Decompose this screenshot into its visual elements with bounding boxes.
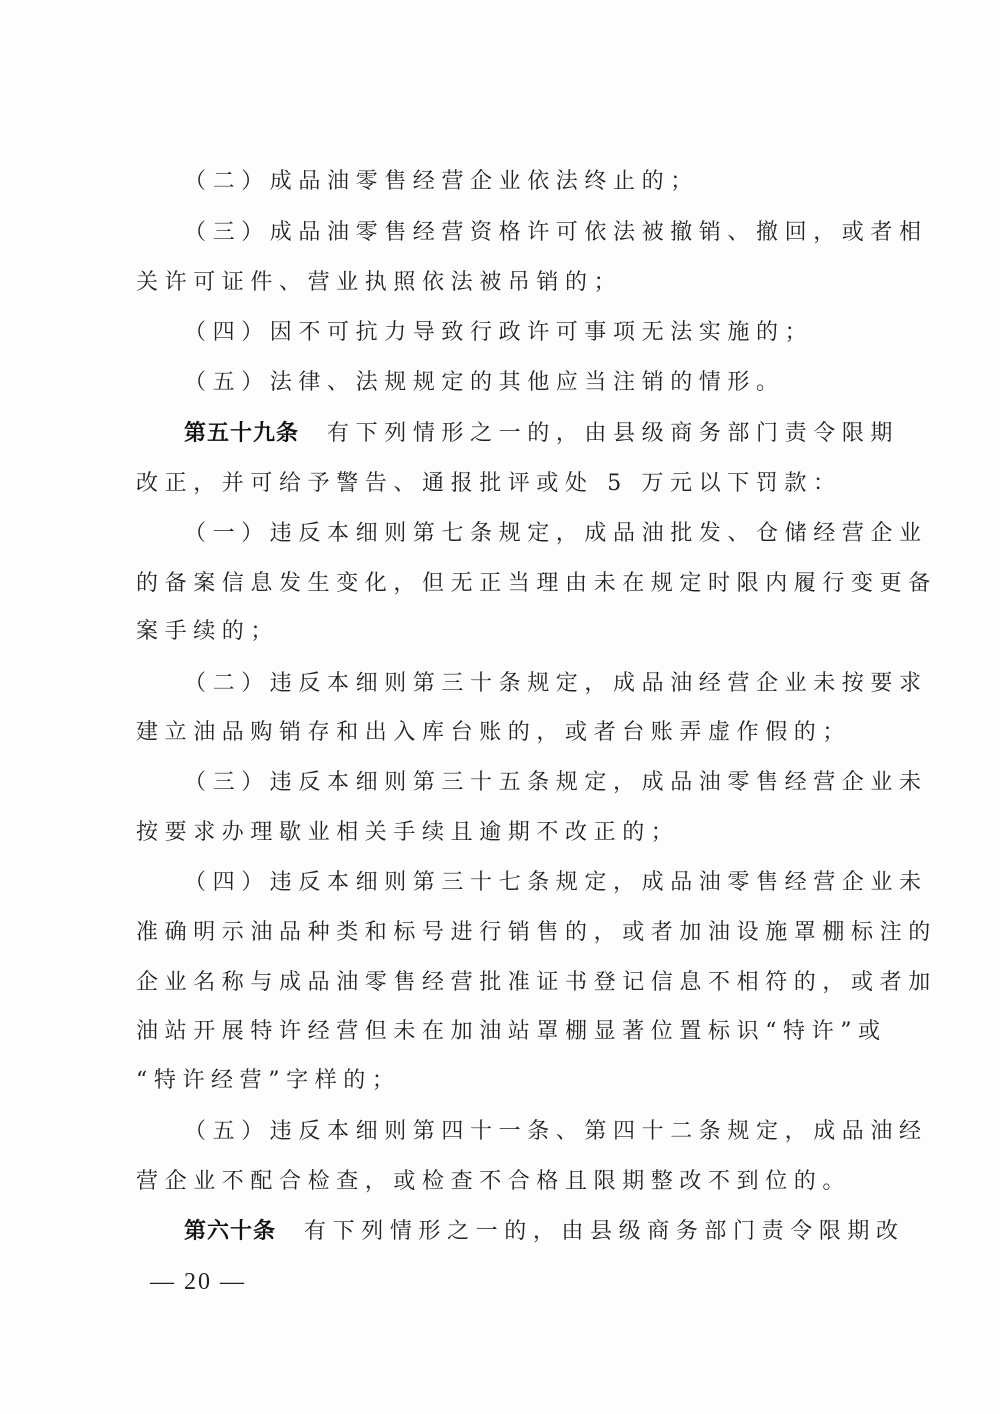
page-number: — 20 — xyxy=(150,1262,246,1302)
paragraph-line: 企业名称与成品油零售经营批准证书登记信息不相符的，或者加 xyxy=(136,963,872,1003)
item-text: 油站开展特许经营但未在加油站罩棚显著位置标识“特许”或 xyxy=(136,1019,887,1044)
item-text: 准确明示油品种类和标号进行销售的，或者加油设施罩棚标注的 xyxy=(136,920,937,945)
paragraph-line: （二）违反本细则第三十条规定，成品油经营企业未按要求 xyxy=(184,664,920,704)
paragraph-line: 按要求办理歇业相关手续且逾期不改正的； xyxy=(136,813,872,853)
paragraph-line: 营企业不配合检查，或检查不合格且限期整改不到位的。 xyxy=(136,1162,872,1202)
paragraph-line: 改正，并可给予警告、通报批评或处 5 万元以下罚款： xyxy=(136,464,872,504)
paragraph-line: 准确明示油品种类和标号进行销售的，或者加油设施罩棚标注的 xyxy=(136,913,872,953)
paragraph-line: 油站开展特许经营但未在加油站罩棚显著位置标识“特许”或 xyxy=(136,1012,872,1052)
paragraph-line: （二）成品油零售经营企业依法终止的； xyxy=(184,162,920,202)
paragraph-line: （三）成品油零售经营资格许可依法被撤销、撤回，或者相 xyxy=(184,213,920,253)
article-text: 有下列情形之一的，由县级商务部门责令限期 xyxy=(327,421,899,446)
paragraph-line: 的备案信息发生变化，但无正当理由未在规定时限内履行变更备 xyxy=(136,564,872,604)
item-text: 企业名称与成品油零售经营批准证书登记信息不相符的，或者加 xyxy=(136,970,937,995)
item-text: （二）违反本细则第三十条规定，成品油经营企业未按要求 xyxy=(184,671,928,696)
paragraph-line: 建立油品购销存和出入库台账的，或者台账弄虚作假的； xyxy=(136,713,872,753)
item-text: 的备案信息发生变化，但无正当理由未在规定时限内履行变更备 xyxy=(136,571,937,596)
item-text: （三）违反本细则第三十五条规定，成品油零售经营企业未 xyxy=(184,770,928,795)
paragraph-line: （五）法律、法规规定的其他应当注销的情形。 xyxy=(184,363,920,403)
document-page: （二）成品油零售经营企业依法终止的； （三）成品油零售经营资格许可依法被撤销、撤… xyxy=(0,0,1000,1414)
article-heading: 第五十九条 xyxy=(184,421,299,446)
paragraph-line: （四）因不可抗力导致行政许可事项无法实施的； xyxy=(184,313,920,353)
article-text: 有下列情形之一的，由县级商务部门责令限期改 xyxy=(304,1219,905,1244)
paragraph-line: （四）违反本细则第三十七条规定，成品油零售经营企业未 xyxy=(184,863,920,903)
item-text: 建立油品购销存和出入库台账的，或者台账弄虚作假的； xyxy=(136,720,851,745)
item-text: （五）法律、法规规定的其他应当注销的情形。 xyxy=(184,370,785,395)
paragraph-line: （五）违反本细则第四十一条、第四十二条规定，成品油经 xyxy=(184,1112,920,1152)
paragraph-line: “特许经营”字样的； xyxy=(136,1061,872,1101)
paragraph-line: （一）违反本细则第七条规定，成品油批发、仓储经营企业 xyxy=(184,514,920,554)
item-text: “特许经营”字样的； xyxy=(136,1068,401,1093)
item-text: 案手续的； xyxy=(136,619,279,644)
item-text: （一）违反本细则第七条规定，成品油批发、仓储经营企业 xyxy=(184,521,928,546)
item-text: （五）违反本细则第四十一条、第四十二条规定，成品油经 xyxy=(184,1119,928,1144)
paragraph-line: 关许可证件、营业执照依法被吊销的； xyxy=(136,263,872,303)
item-text: （四）因不可抗力导致行政许可事项无法实施的； xyxy=(184,320,813,345)
article-text: 改正，并可给予警告、通报批评或处 5 万元以下罚款： xyxy=(136,471,842,496)
item-text: 营企业不配合检查，或检查不合格且限期整改不到位的。 xyxy=(136,1169,851,1194)
article-heading: 第六十条 xyxy=(184,1219,276,1244)
article-line: 第五十九条有下列情形之一的，由县级商务部门责令限期 xyxy=(184,414,920,454)
item-text: 按要求办理歇业相关手续且逾期不改正的； xyxy=(136,820,679,845)
paragraph-line: 案手续的； xyxy=(136,612,872,652)
article-line: 第六十条有下列情形之一的，由县级商务部门责令限期改 xyxy=(184,1212,920,1252)
item-text: （四）违反本细则第三十七条规定，成品油零售经营企业未 xyxy=(184,870,928,895)
paragraph-line: （三）违反本细则第三十五条规定，成品油零售经营企业未 xyxy=(184,763,920,803)
item-text: （二）成品油零售经营企业依法终止的； xyxy=(184,169,699,194)
item-text: （三）成品油零售经营资格许可依法被撤销、撤回，或者相 xyxy=(184,220,928,245)
item-text: 关许可证件、营业执照依法被吊销的； xyxy=(136,270,622,295)
